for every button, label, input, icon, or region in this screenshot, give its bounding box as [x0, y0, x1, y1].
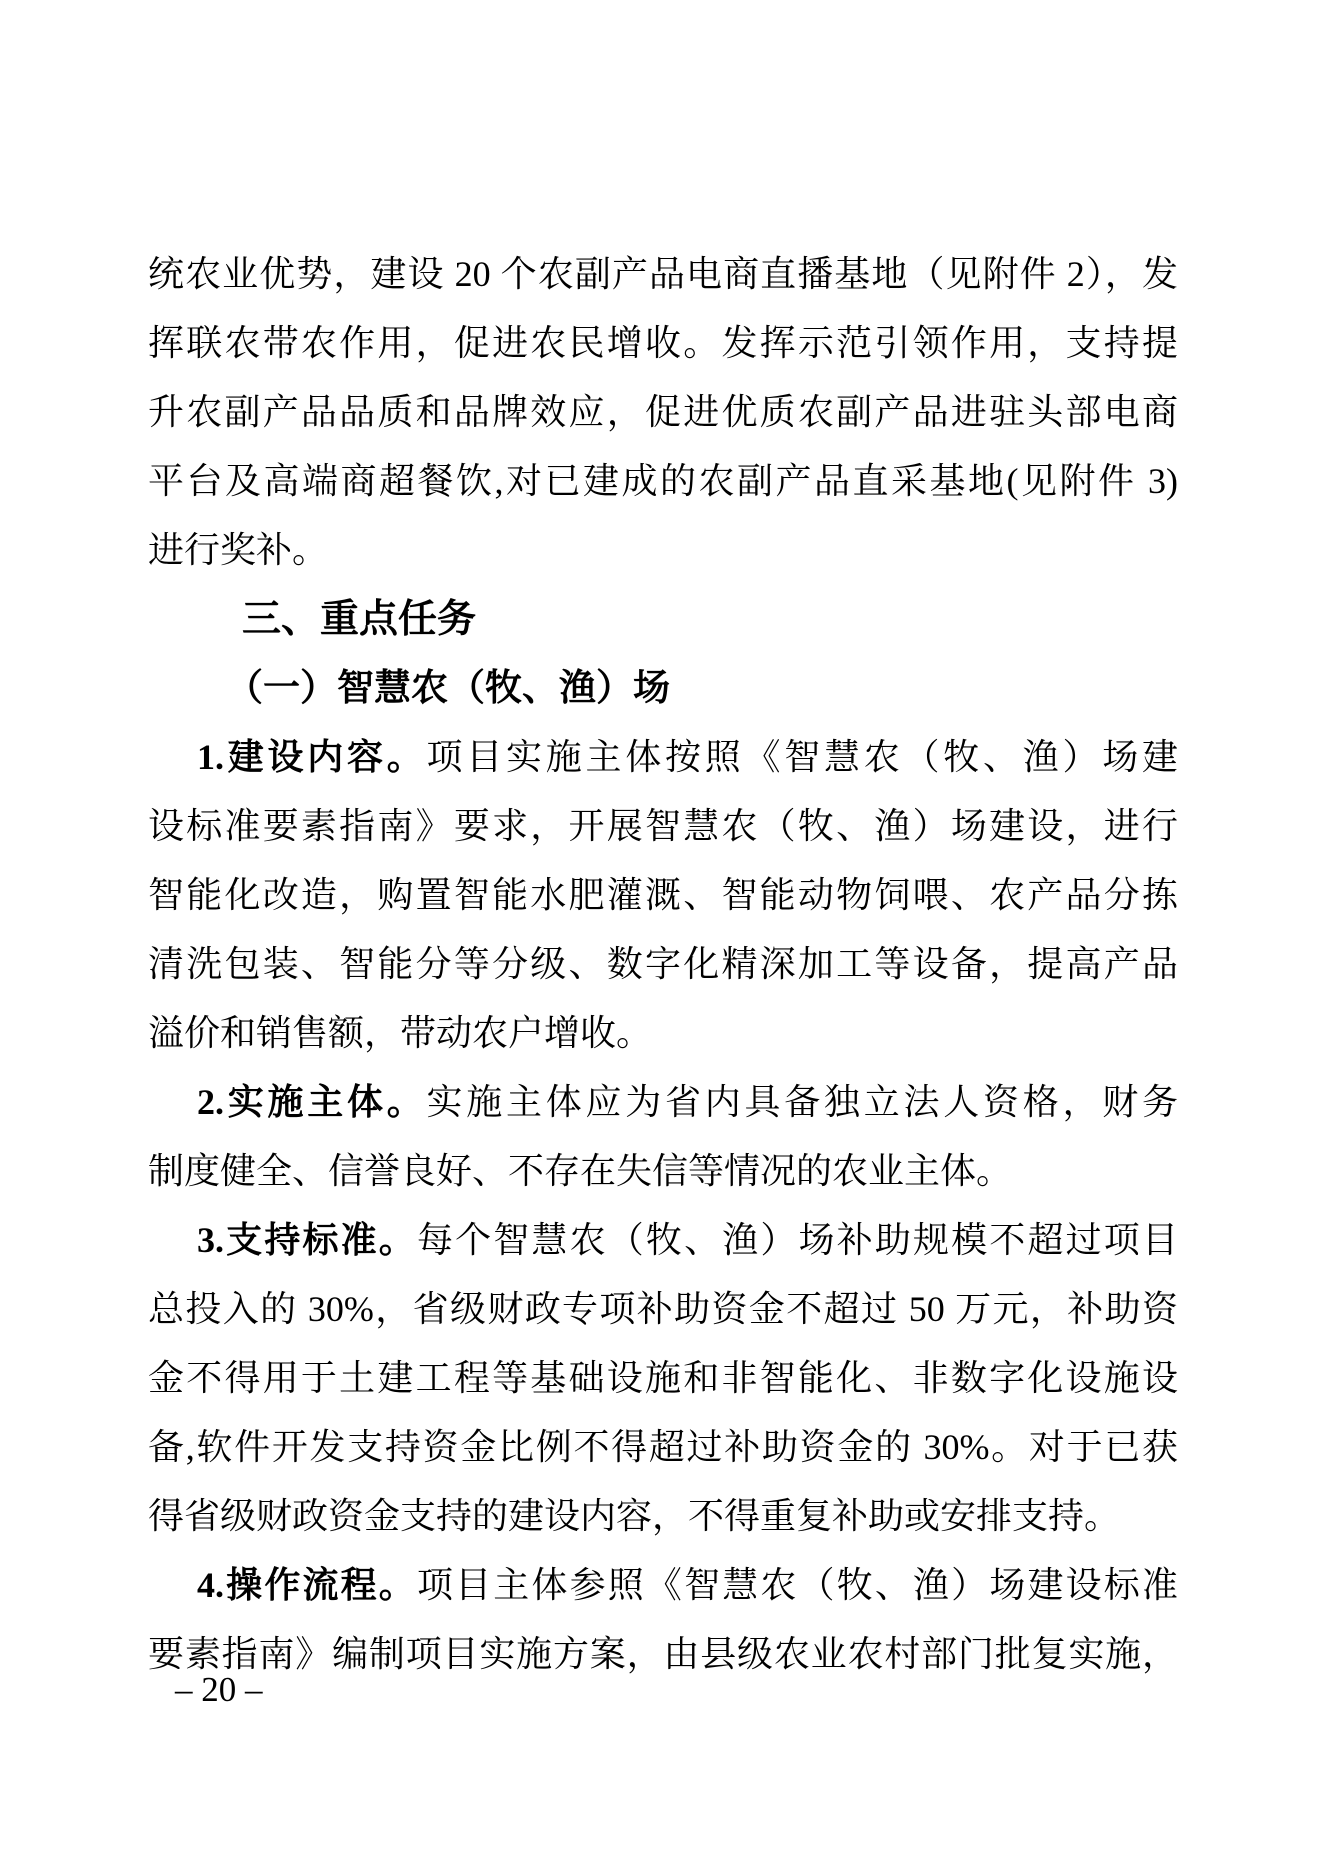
text-line: 进行奖补。 [148, 516, 1178, 585]
text-line: 平台及高端商超餐饮,对已建成的农副产品直采基地(见附件 3) [148, 447, 1178, 516]
text-line: 3.支持标准。每个智慧农（牧、渔）场补助规模不超过项目 [148, 1206, 1178, 1275]
paragraph-lead-label: 1.建设内容。 [197, 737, 427, 777]
text-line: 2.实施主体。实施主体应为省内具备独立法人资格，财务 [148, 1068, 1178, 1137]
text-line: 总投入的 30%，省级财政专项补助资金不超过 50 万元，补助资 [148, 1275, 1178, 1344]
text-line: 要素指南》编制项目实施方案，由县级农业农村部门批复实施， [148, 1620, 1178, 1689]
text-line: 升农副产品品质和品牌效应，促进优质农副产品进驻头部电商 [148, 378, 1178, 447]
document-page: 统农业优势，建设 20 个农副产品电商直播基地（见附件 2），发挥联农带农作用，… [0, 0, 1323, 1871]
document-body-text: 统农业优势，建设 20 个农副产品电商直播基地（见附件 2），发挥联农带农作用，… [148, 240, 1178, 1689]
text-line: 得省级财政资金支持的建设内容，不得重复补助或安排支持。 [148, 1482, 1178, 1551]
text-line: 溢价和销售额，带动农户增收。 [148, 999, 1178, 1068]
text-line: 4.操作流程。项目主体参照《智慧农（牧、渔）场建设标准 [148, 1551, 1178, 1620]
text-line: 统农业优势，建设 20 个农副产品电商直播基地（见附件 2），发 [148, 240, 1178, 309]
text-line: 清洗包装、智能分等分级、数字化精深加工等设备，提高产品 [148, 930, 1178, 999]
paragraph-lead-label: 3.支持标准。 [197, 1220, 417, 1260]
paragraph-lead-label: 4.操作流程。 [197, 1565, 417, 1605]
text-line: 制度健全、信誉良好、不存在失信等情况的农业主体。 [148, 1137, 1178, 1206]
text-line: 1.建设内容。项目实施主体按照《智慧农（牧、渔）场建 [148, 723, 1178, 792]
page-number: – 20 – [175, 1670, 263, 1710]
text-line: 挥联农带农作用，促进农民增收。发挥示范引领作用，支持提 [148, 309, 1178, 378]
text-line: 备,软件开发支持资金比例不得超过补助资金的 30%。对于已获 [148, 1413, 1178, 1482]
text-line: 金不得用于土建工程等基础设施和非智能化、非数字化设施设 [148, 1344, 1178, 1413]
sub-section-heading: （一）智慧农（牧、渔）场 [148, 654, 1178, 723]
section-heading: 三、重点任务 [148, 585, 1178, 654]
paragraph-lead-label: 2.实施主体。 [197, 1082, 427, 1122]
text-line: 设标准要素指南》要求，开展智慧农（牧、渔）场建设，进行 [148, 792, 1178, 861]
text-line: 智能化改造，购置智能水肥灌溉、智能动物饲喂、农产品分拣 [148, 861, 1178, 930]
